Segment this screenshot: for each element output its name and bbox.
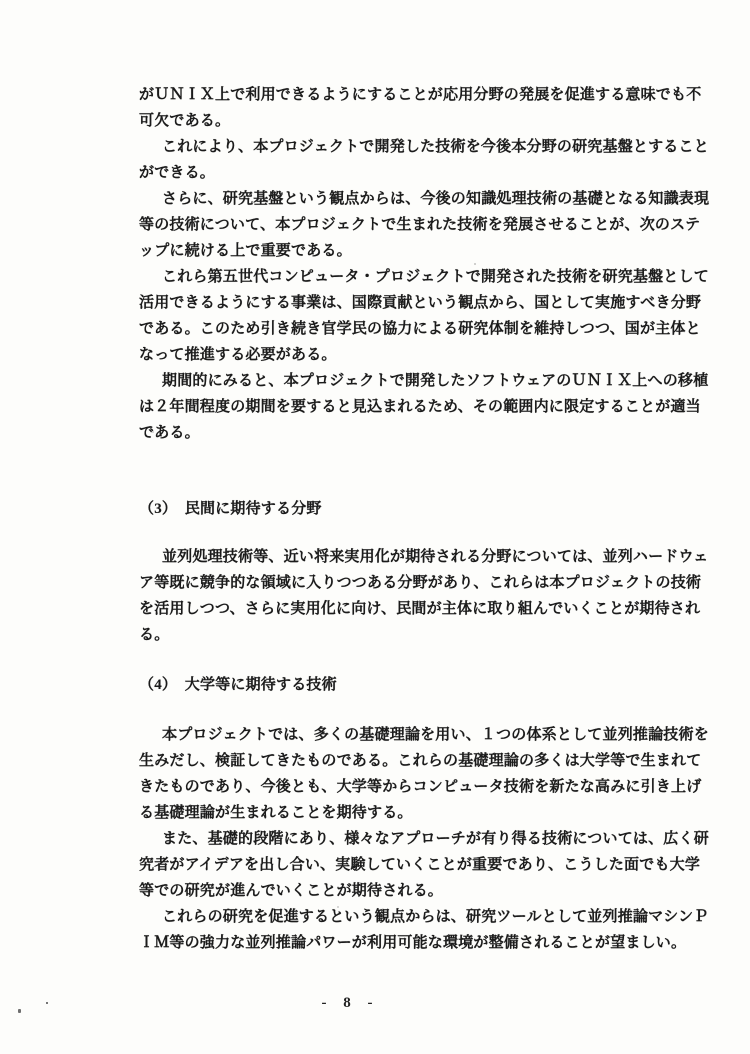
text-line: 等の技術について、本プロジェクトで生まれた技術を発展させることが、次のステ [139,212,715,238]
continuation-paragraphs: がＵＮＩＸ上で利用できるようにすることが応用分野の発展を促進する意味でも不 可欠… [139,82,715,446]
text-line: 等での研究が進んでいくことが期待される。 [139,878,715,904]
text-line: 本プロジェクトでは、多くの基礎理論を用い、１つの体系として並列推論技術を [139,722,715,748]
section-4-heading: （4） 大学等に期待する技術 [139,672,715,698]
text-line: ップに続ける上で重要である。 [139,238,715,264]
scan-speck [46,1002,48,1004]
text-line: を活用しつつ、さらに実用化に向け、民間が主体に取り組んでいくことが期待され [139,596,715,622]
text-line: である。 [139,420,715,446]
text-column: がＵＮＩＸ上で利用できるようにすることが応用分野の発展を促進する意味でも不 可欠… [139,82,715,956]
text-line: ア等既に競争的な領域に入りつつある分野があり、これらは本プロジェクトの技術 [139,570,715,596]
text-line: 期間的にみると、本プロジェクトで開発したソフトウェアのＵＮＩＸ上への移植 [139,368,715,394]
page-number: - 8 - [308,995,388,1012]
section-3-paragraph: 並列処理技術等、近い将来実用化が期待される分野については、並列ハードウェ ア等既… [139,544,715,648]
text-line: は２年間程度の期間を要すると見込まれるため、その範囲内に限定することが適当 [139,394,715,420]
scan-speck [152,431,154,433]
text-line: これらの研究を促進するという観点からは、研究ツールとして並列推論マシンＰ [139,904,715,930]
scan-speck [474,263,476,265]
text-line: きたものであり、今後とも、大学等からコンピュータ技術を新たな高みに引き上げ [139,774,715,800]
text-line: である。このため引き続き官学民の協力による研究体制を維持しつつ、国が主体と [139,316,715,342]
document-page: がＵＮＩＸ上で利用できるようにすることが応用分野の発展を促進する意味でも不 可欠… [0,0,750,1054]
text-line: また、基礎的段階にあり、様々なアプローチが有り得る技術については、広く研 [139,826,715,852]
section-4-paragraph: 本プロジェクトでは、多くの基礎理論を用い、１つの体系として並列推論技術を 生みだ… [139,722,715,956]
text-line: これにより、本プロジェクトで開発した技術を今後本分野の研究基盤とすること [139,134,715,160]
section-3-heading: （3） 民間に期待する分野 [139,496,715,522]
text-line: 活用できるようにする事業は、国際貢献という観点から、国として実施すべき分野 [139,290,715,316]
text-line: がＵＮＩＸ上で利用できるようにすることが応用分野の発展を促進する意味でも不 [139,82,715,108]
text-line: 生みだし、検証してきたものである。これらの基礎理論の多くは大学等で生まれて [139,748,715,774]
text-line: る基礎理論が生まれることを期待する。 [139,800,715,826]
scan-speck [18,1009,21,1013]
text-line: ＩＭ等の強力な並列推論パワーが利用可能な環境が整備されることが望ましい。 [139,930,715,956]
text-line: 可欠である。 [139,108,715,134]
text-line: なって推進する必要がある。 [139,342,715,368]
scan-speck [337,906,339,908]
text-line: これら第五世代コンピュータ・プロジェクトで開発された技術を研究基盤として [139,264,715,290]
text-line: さらに、研究基盤という観点からは、今後の知識処理技術の基礎となる知識表現 [139,186,715,212]
text-line: る。 [139,622,715,648]
text-line: 究者がアイデアを出し合い、実験していくことが重要であり、こうした面でも大学 [139,852,715,878]
text-line: 並列処理技術等、近い将来実用化が期待される分野については、並列ハードウェ [139,544,715,570]
text-line: ができる。 [139,160,715,186]
